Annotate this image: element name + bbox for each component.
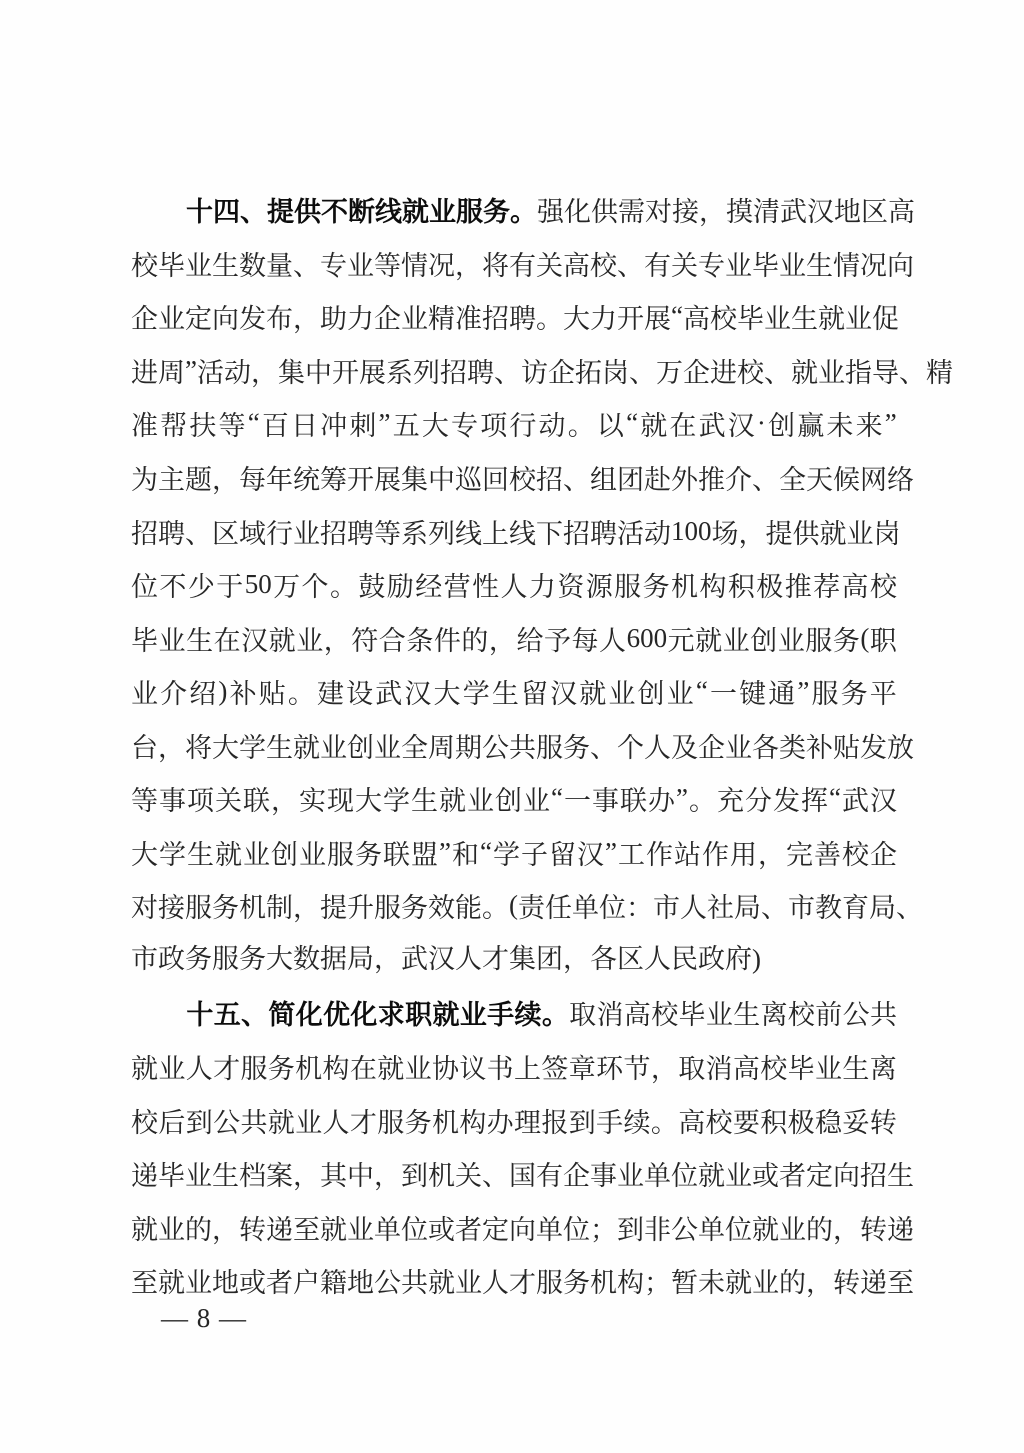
body-char: 为 (131, 458, 158, 497)
heading-char: 业 (460, 993, 487, 1032)
body-char: 年 (266, 458, 293, 497)
body-char: 公 (213, 1101, 240, 1140)
body-char: 接 (672, 190, 699, 229)
body-char: 或 (428, 1208, 455, 1247)
body-char: 项 (480, 404, 507, 443)
body-char: ( (860, 623, 869, 654)
body-char: 候 (833, 458, 860, 497)
body-char: 向 (887, 244, 914, 283)
body-char: 生 (733, 993, 760, 1032)
body-char: 完 (786, 833, 813, 872)
body-char: 工 (618, 833, 645, 872)
body-char: 组 (590, 458, 617, 497)
body-char: 有 (644, 244, 671, 283)
body-char: 万 (273, 565, 300, 604)
body-char: 源 (586, 565, 613, 604)
body-char: 业 (293, 512, 320, 551)
text-line-2: 校毕业生数量、专业等情况，将有关高校、有关专业毕业生情况向 (131, 237, 897, 291)
heading-char: 十 (186, 993, 213, 1032)
body-char: 五 (393, 404, 420, 443)
body-char: 事 (159, 779, 186, 818)
body-char: 、 (185, 512, 212, 551)
body-char: 务 (833, 619, 860, 658)
body-char: 展 (374, 458, 401, 497)
body-char: 高 (842, 565, 869, 604)
body-char: 位 (401, 1208, 428, 1247)
body-char: 理 (514, 1101, 541, 1140)
body-char: 业 (296, 619, 323, 658)
body-char: ， (324, 619, 351, 658)
body-char: 、 (761, 886, 788, 925)
body-char: 在 (214, 619, 241, 658)
body-char: 就 (820, 512, 847, 551)
body-char: 才 (350, 1101, 377, 1140)
body-char: 供 (591, 190, 618, 229)
body-char: 周 (428, 726, 455, 765)
body-char: 项 (187, 779, 214, 818)
body-char: 向 (212, 297, 239, 336)
body-char: 行 (266, 512, 293, 551)
text-line-20: 就业的，转递至就业单位或者定向单位；到非公单位就业的，转递 (131, 1200, 897, 1254)
body-char: 未 (698, 1261, 725, 1300)
body-char: 企 (870, 833, 897, 872)
body-char: 供 (793, 512, 820, 551)
body-char: 服 (805, 619, 832, 658)
body-char: 毕 (158, 244, 185, 283)
body-char: 汉 (807, 190, 834, 229)
body-char: 业 (608, 672, 635, 711)
body-char: 聘 (347, 512, 374, 551)
body-char: 章 (569, 1047, 596, 1086)
body-char: 户 (293, 1261, 320, 1300)
body-char: 开 (617, 297, 644, 336)
body-char: 补 (230, 672, 257, 711)
body-char: 职 (870, 619, 897, 658)
body-char: 学 (239, 726, 266, 765)
body-char: 力 (347, 297, 374, 336)
body-char: 汉 (241, 619, 268, 658)
body-char: 招 (440, 351, 467, 390)
body-char: 个 (302, 565, 329, 604)
body-char: 升 (347, 886, 374, 925)
body-char: 递 (266, 1208, 293, 1247)
body-char: ， (293, 297, 320, 336)
body-char: 创 (768, 404, 795, 443)
body-char: “ (626, 408, 638, 439)
body-char: 递 (131, 1154, 158, 1193)
heading-char: 职 (405, 993, 432, 1032)
body-char: 推 (785, 565, 812, 604)
body-char: 业 (845, 297, 872, 336)
body-char: ， (758, 833, 785, 872)
body-char: 集 (278, 351, 305, 390)
body-char: ； (644, 1261, 671, 1300)
body-char: ， (212, 458, 239, 497)
body-char: 机 (432, 1101, 459, 1140)
body-char: 提 (320, 886, 347, 925)
body-char: 招 (563, 512, 590, 551)
body-char: 大 (422, 404, 449, 443)
body-char: 企 (131, 297, 158, 336)
text-line-7: 招聘、区域行业招聘等系列线上线下招聘活动100场，提供就业岗 (131, 504, 897, 558)
body-char: 人 (644, 726, 671, 765)
body-char: 高 (683, 297, 710, 336)
body-char: 汉 (870, 779, 897, 818)
body-char: 公 (843, 993, 870, 1032)
body-char: 业 (185, 244, 212, 283)
body-char: 局 (734, 886, 761, 925)
body-char: 学 (383, 779, 410, 818)
body-char: 的 (461, 619, 488, 658)
heading-char: 、 (241, 993, 268, 1032)
body-char: 积 (728, 565, 755, 604)
body-char: 手 (596, 1101, 623, 1140)
body-char: 校 (590, 244, 617, 283)
body-char: 中 (305, 351, 332, 390)
heading-char: 。 (542, 993, 569, 1032)
body-char: 制 (266, 886, 293, 925)
body-char: 生 (186, 619, 213, 658)
body-char: 高 (563, 244, 590, 283)
body-char: 就 (158, 1261, 185, 1300)
body-char: 创 (495, 779, 522, 818)
body-char: 校 (131, 1101, 158, 1140)
text-line-13: 大学生就业创业服务联盟”和“学子留汉”工作站作用，完善校企 (131, 826, 897, 880)
body-char: 业 (401, 297, 428, 336)
body-char: 业 (455, 1261, 482, 1300)
body-char: 暂 (671, 1261, 698, 1300)
body-char: 定 (185, 297, 212, 336)
body-char: 区 (212, 512, 239, 551)
body-char: 、 (563, 458, 590, 497)
body-char: 、 (764, 351, 791, 390)
body-char: 递 (887, 1208, 914, 1247)
body-char: 效 (428, 886, 455, 925)
body-char: 中 (347, 1154, 374, 1193)
body-char: 生 (266, 726, 293, 765)
body-char: 挥 (801, 779, 828, 818)
body-char: 位 (725, 1208, 752, 1247)
body-char: “ (480, 837, 492, 868)
body-char: 贴 (259, 672, 286, 711)
body-char: 需 (618, 190, 645, 229)
body-char: 键 (739, 672, 766, 711)
body-char: 介 (725, 458, 752, 497)
body-char: 等 (374, 244, 401, 283)
body-char: 聘 (467, 351, 494, 390)
body-char: 议 (459, 1047, 486, 1086)
body-char: 人 (680, 886, 707, 925)
body-char: 务 (841, 672, 868, 711)
body-char: ” (605, 837, 617, 868)
body-char: 展 (359, 351, 386, 390)
body-char: 转 (860, 1208, 887, 1247)
body-char: 作 (646, 833, 673, 872)
body-char: 开 (347, 458, 374, 497)
body-char: 任 (545, 886, 572, 925)
body-char: 条 (406, 619, 433, 658)
body-char: 大 (131, 833, 158, 872)
body-char: 生 (791, 297, 818, 336)
body-char: 通 (768, 672, 795, 711)
body-char: 构 (617, 1261, 644, 1300)
body-char: 。 (651, 1101, 678, 1140)
body-char: 就 (695, 619, 722, 658)
body-char: 招 (320, 512, 347, 551)
body-char: 定 (482, 1208, 509, 1247)
body-char: 业 (706, 993, 733, 1032)
body-char: 务 (643, 565, 670, 604)
body-char: 校 (651, 993, 678, 1032)
body-char: 极 (756, 565, 783, 604)
body-char: 要 (733, 1101, 760, 1140)
body-char: 、 (590, 726, 617, 765)
body-char: 育 (842, 886, 869, 925)
body-char: 局 (869, 886, 896, 925)
body-char: 业 (347, 244, 374, 283)
body-char: 协 (432, 1047, 459, 1086)
text-line-3: 企业定向发布，助力企业精准招聘。大力开展“高校毕业生就业促 (131, 290, 897, 344)
body-char: 转 (833, 1261, 860, 1300)
body-char: 公 (374, 1261, 401, 1300)
body-text: 市政务服务大数据局，武汉人才集团，各区人民政府) (131, 944, 761, 974)
body-char: 进 (131, 351, 158, 390)
body-char: 就 (818, 297, 845, 336)
body-char: 转 (870, 1101, 897, 1140)
body-char: 就 (293, 726, 320, 765)
body-char: 地 (834, 190, 861, 229)
body-char: 业 (725, 726, 752, 765)
body-char: 消 (597, 993, 624, 1032)
body-char: 共 (870, 993, 897, 1032)
body-char: 服 (240, 1047, 267, 1086)
body-char: 扶 (189, 404, 216, 443)
body-char: 就 (640, 404, 667, 443)
body-char: 业 (752, 1261, 779, 1300)
body-char: 服 (536, 726, 563, 765)
body-char: ( (509, 890, 518, 921)
body-char: ， (293, 886, 320, 925)
body-char: 武 (780, 190, 807, 229)
body-char: 对 (645, 190, 672, 229)
body-char: 务 (268, 1047, 295, 1086)
body-char: 业 (347, 1208, 374, 1247)
body-char: 地 (347, 1261, 374, 1300)
body-char: 布 (266, 297, 293, 336)
body-char: 促 (872, 297, 899, 336)
body-char: 招 (131, 512, 158, 551)
body-char: 放 (887, 726, 914, 765)
body-char: 离 (870, 1047, 897, 1086)
body-char: 合 (379, 619, 406, 658)
body-char: “ (696, 676, 708, 707)
body-char: 赢 (797, 404, 824, 443)
heading-char: 四 (213, 190, 240, 229)
heading-char: 断 (348, 190, 375, 229)
body-char: 校 (706, 1101, 733, 1140)
body-char: 业 (158, 1208, 185, 1247)
body-char: 公 (671, 1208, 698, 1247)
body-char: 。 (536, 297, 563, 336)
body-char: 。 (288, 672, 315, 711)
body-char: 生 (842, 1047, 869, 1086)
body-char: 精 (926, 351, 953, 390)
body-char: 活 (617, 512, 644, 551)
body-char: 、 (899, 351, 926, 390)
body-char: 就 (320, 1208, 347, 1247)
body-char: 服 (374, 886, 401, 925)
body-char: 业 (467, 779, 494, 818)
body-char: 机 (295, 1047, 322, 1086)
body-char: 业 (617, 1154, 644, 1193)
body-char: 业 (243, 833, 270, 872)
body-char: 有 (536, 1154, 563, 1193)
body-char: 人 (599, 619, 626, 658)
body-char: 刺 (349, 404, 376, 443)
body-char: 留 (549, 833, 576, 872)
body-char: 摸 (726, 190, 753, 229)
body-char: 办 (648, 779, 675, 818)
body-char: 在 (669, 404, 696, 443)
body-char: 环 (596, 1047, 623, 1086)
body-char: 少 (188, 565, 215, 604)
body-char: 和 (452, 833, 479, 872)
body-char: 专 (320, 244, 347, 283)
body-char: 或 (239, 1261, 266, 1300)
body-char: 域 (239, 512, 266, 551)
body-char: 建 (317, 672, 344, 711)
body-char: ； (590, 1208, 617, 1247)
body-char: 高 (733, 1047, 760, 1086)
body-char: 全 (401, 726, 428, 765)
body-char: 定 (806, 1154, 833, 1193)
body-char: ” (185, 355, 197, 386)
body-char: 各 (752, 726, 779, 765)
body-char: 600 (627, 623, 668, 654)
body-char: 集 (401, 458, 428, 497)
body-char: ， (651, 1047, 678, 1086)
body-char: 作 (702, 833, 729, 872)
body-char: 联 (383, 833, 410, 872)
body-char: 续 (623, 1101, 650, 1140)
body-char: 大 (563, 297, 590, 336)
body-char: 生 (212, 244, 239, 283)
body-char: 区 (861, 190, 888, 229)
body-char: 善 (814, 833, 841, 872)
body-char: 位 (671, 1154, 698, 1193)
body-char: 业 (723, 619, 750, 658)
text-line-16: 十五、简化优化求职就业手续。取消高校毕业生离校前公共 (131, 986, 897, 1040)
body-char: 企 (683, 351, 710, 390)
body-char: 责 (518, 886, 545, 925)
body-char: 营 (444, 565, 471, 604)
body-char: “ (551, 783, 563, 814)
body-char: 于 (216, 565, 243, 604)
body-char: 万 (656, 351, 683, 390)
body-char: 企 (563, 1154, 590, 1193)
body-char: 单 (698, 1208, 725, 1247)
body-char: 日 (291, 404, 318, 443)
heading-char: 就 (432, 993, 459, 1032)
body-char: ” (379, 408, 391, 439)
body-char: 全 (779, 458, 806, 497)
body-char: 现 (327, 779, 354, 818)
body-char: 构 (459, 1101, 486, 1140)
body-char: 介 (160, 672, 187, 711)
body-char: 网 (860, 458, 887, 497)
heading-char: 不 (321, 190, 348, 229)
body-char: 就 (131, 1208, 158, 1247)
page-number: — 8 — (161, 1303, 247, 1333)
body-char: 取 (569, 993, 596, 1032)
body-char: 毕 (788, 1047, 815, 1086)
body-char: 不 (159, 565, 186, 604)
body-char: 务 (401, 886, 428, 925)
body-char: 服 (377, 1101, 404, 1140)
body-char: ， (699, 190, 726, 229)
body-char: 团 (617, 458, 644, 497)
body-char: 业 (295, 1101, 322, 1140)
body-char: 业 (779, 1208, 806, 1247)
body-char: 教 (815, 886, 842, 925)
body-char: 能 (455, 886, 482, 925)
body-char: 后 (158, 1101, 185, 1140)
body-char: 未 (826, 404, 853, 443)
body-char: 充 (717, 779, 744, 818)
body-char: 极 (788, 1101, 815, 1140)
body-char: 就 (269, 619, 296, 658)
body-char: 关 (671, 244, 698, 283)
body-char: 。 (568, 404, 595, 443)
body-char: 消 (706, 1047, 733, 1086)
body-char: 单 (536, 1208, 563, 1247)
body-char: 生 (212, 1154, 239, 1193)
body-char: 就 (791, 351, 818, 390)
body-char: 毕 (158, 1154, 185, 1193)
body-char: 递 (860, 1261, 887, 1300)
body-char: 岗 (602, 351, 629, 390)
body-char: 准 (455, 297, 482, 336)
body-char: 经 (415, 565, 442, 604)
body-char: 统 (293, 458, 320, 497)
body-char: 务 (405, 1101, 432, 1140)
body-char: 位 (131, 565, 158, 604)
body-char: 以 (597, 404, 624, 443)
body-char: 业 (405, 1047, 432, 1086)
body-char: 留 (521, 672, 548, 711)
body-char: 业 (185, 1261, 212, 1300)
body-char: 才 (213, 1047, 240, 1086)
text-line-10: 业介绍)补贴。建设武汉大学生留汉就业创业“一键通”服务平 (131, 665, 897, 719)
body-char: 生 (492, 672, 519, 711)
body-char: 聘 (509, 297, 536, 336)
body-char: 况 (860, 244, 887, 283)
body-char: 站 (674, 833, 701, 872)
body-char: 毕 (737, 297, 764, 336)
heading-char: 五 (214, 993, 241, 1032)
body-char: ， (455, 244, 482, 283)
body-char: ， (739, 512, 766, 551)
body-char: 校 (710, 297, 737, 336)
body-char: 就 (131, 1047, 158, 1086)
body-char: 发 (239, 297, 266, 336)
body-char: 等 (131, 779, 158, 818)
body-char: 类 (779, 726, 806, 765)
body-char: 业 (779, 244, 806, 283)
body-char: 拓 (575, 351, 602, 390)
heading-char: 务 (483, 190, 510, 229)
body-char: 导 (872, 351, 899, 390)
